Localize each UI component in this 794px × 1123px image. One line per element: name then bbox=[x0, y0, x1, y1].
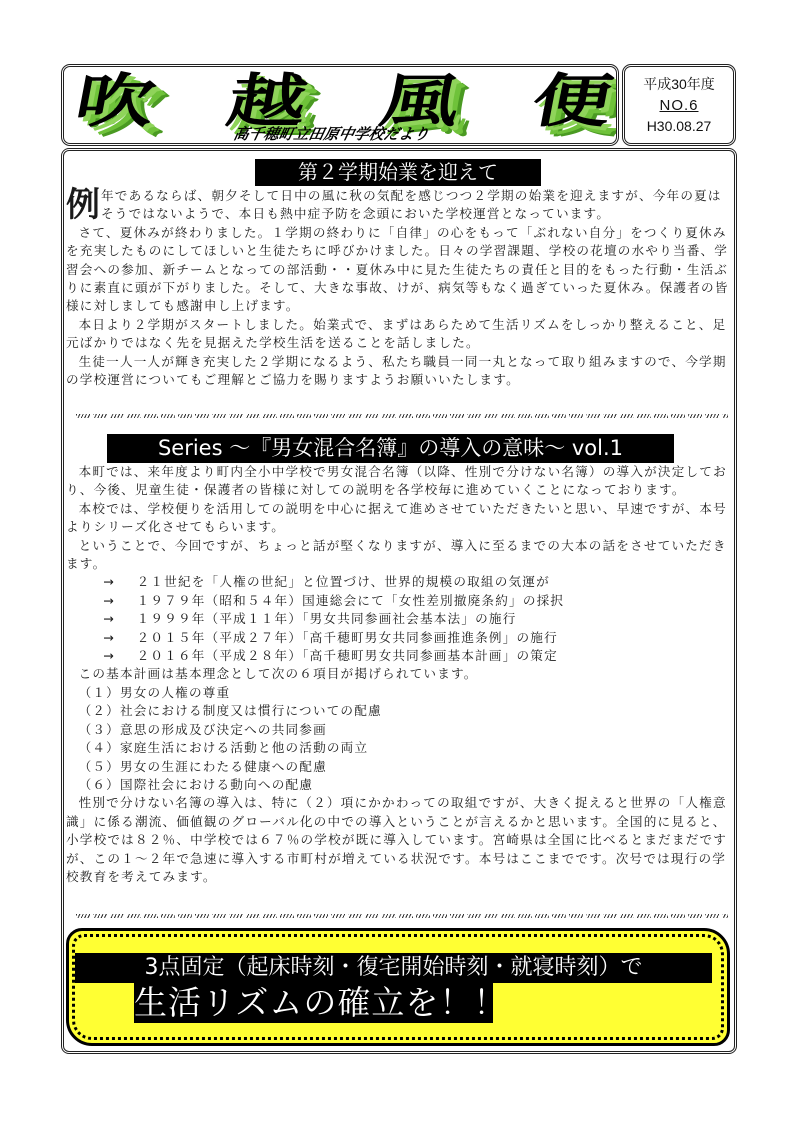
timeline-item: →２０１５年（平成２７年）「高千穂町男女共同参画推進条例」の施行 bbox=[66, 629, 734, 647]
title-char: 越 bbox=[201, 72, 331, 130]
banner-line2: 生活リズムの確立を！！ bbox=[134, 983, 493, 1023]
banner-line1: 3点固定（起床時刻・復宅開始時刻・就寝時刻）で bbox=[75, 953, 712, 983]
plan-intro: この基本計画は基本理念として次の６項目が掲げられています。 bbox=[66, 665, 734, 683]
dropcap: 例 bbox=[66, 187, 100, 223]
section1-heading: 第２学期始業を迎えて bbox=[255, 159, 541, 186]
paragraph-text: 年であるならば、朝夕そして日中の風に秋の気配を感じつつ２学期の始業を迎えますが、… bbox=[101, 188, 722, 221]
section1-paragraph: 生徒一人一人が輝き充実した２学期になるよう、私たち職員一同一丸となって取り組みま… bbox=[66, 353, 734, 390]
school-name-subtitle: 高千穂町立田原中学校だより bbox=[232, 123, 431, 144]
section2-paragraph: 本校では、学校便りを活用しての説明を中心に据えて進めさせていただきたいと思い、早… bbox=[66, 500, 734, 537]
masthead: 吹 越 風 便 高千穂町立田原中学校だより bbox=[61, 64, 619, 146]
section2-paragraph: 本町では、来年度より町内全小中学校で男女混合名簿（以降、性別で分けない名簿）の導… bbox=[66, 463, 734, 500]
principle-item: （６）国際社会における動向への配慮 bbox=[66, 776, 734, 794]
principle-item: （５）男女の生涯にわたる健康への配慮 bbox=[66, 758, 734, 776]
timeline-item: →１９９９年（平成１１年）「男女共同参画社会基本法」の施行 bbox=[66, 610, 734, 628]
principle-item: （４）家庭生活における活動と他の活動の両立 bbox=[66, 739, 734, 757]
section2-body: 本町では、来年度より町内全小中学校で男女混合名簿（以降、性別で分けない名簿）の導… bbox=[66, 463, 734, 886]
section-divider bbox=[76, 914, 728, 918]
principle-item: （２）社会における制度又は慣行についての配慮 bbox=[66, 702, 734, 720]
newsletter-title: 吹 越 風 便 bbox=[70, 71, 615, 131]
timeline-item: →２０１６年（平成２８年）「高千穂町男女共同参画基本計画」の策定 bbox=[66, 647, 734, 665]
section2-paragraph: ということで、今回ですが、ちょっと話が堅くなりますが、導入に至るまでの大本の話を… bbox=[66, 537, 734, 574]
section1-paragraph: 例年であるならば、朝夕そして日中の風に秋の気配を感じつつ２学期の始業を迎えますが… bbox=[66, 187, 734, 224]
principle-item: （３）意思の形成及び決定への共同参画 bbox=[66, 721, 734, 739]
principles-list: （１）男女の人権の尊重 （２）社会における制度又は慣行についての配慮 （３）意思… bbox=[66, 684, 734, 794]
section1-paragraph: 本日より２学期がスタートしました。始業式で、まずはあらためて生活リズムをしっかり… bbox=[66, 316, 734, 353]
arrow-right-icon: → bbox=[91, 610, 137, 628]
arrow-right-icon: → bbox=[91, 647, 137, 665]
issue-number: NO.6 bbox=[659, 95, 698, 116]
principle-item: （１）男女の人権の尊重 bbox=[66, 684, 734, 702]
section2-heading: Series ～『男女混合名簿』の導入の意味～ vol.1 bbox=[107, 434, 674, 463]
section1-body: 例年であるならば、朝夕そして日中の風に秋の気配を感じつつ２学期の始業を迎えますが… bbox=[66, 187, 734, 389]
fiscal-year: 平成30年度 bbox=[643, 74, 715, 95]
title-char: 便 bbox=[506, 72, 619, 130]
timeline-text: ２０１５年（平成２７年）「高千穂町男女共同参画推進条例」の施行 bbox=[137, 630, 558, 645]
arrow-right-icon: → bbox=[91, 629, 137, 647]
arrow-right-icon: → bbox=[91, 592, 137, 610]
section1-paragraph: さて、夏休みが終わりました。１学期の終わりに「自律」の心をもって「ぶれない自分」… bbox=[66, 224, 734, 316]
timeline-list: →２１世紀を「人権の世紀」と位置づけ、世界的規模の取組の気運が →１９７９年（昭… bbox=[66, 573, 734, 665]
timeline-text: ２１世紀を「人権の世紀」と位置づけ、世界的規模の取組の気運が bbox=[137, 574, 550, 589]
timeline-item: →２１世紀を「人権の世紀」と位置づけ、世界的規模の取組の気運が bbox=[66, 573, 734, 591]
issue-date: H30.08.27 bbox=[647, 116, 712, 137]
timeline-text: ２０１６年（平成２８年）「高千穂町男女共同参画基本計画」の策定 bbox=[137, 648, 558, 663]
title-char: 風 bbox=[354, 72, 484, 130]
timeline-text: １９９９年（平成１１年）「男女共同参画社会基本法」の施行 bbox=[137, 611, 517, 626]
arrow-right-icon: → bbox=[91, 573, 137, 591]
section-divider bbox=[76, 414, 728, 418]
timeline-item: →１９７９年（昭和５４年）国連総会にて「女性差別撤廃条約」の採択 bbox=[66, 592, 734, 610]
closing-paragraph: 性別で分けない名簿の導入は、特に（２）項にかかわっての取組ですが、大きく捉えると… bbox=[66, 794, 734, 886]
issue-info-box: 平成30年度 NO.6 H30.08.27 bbox=[622, 64, 736, 146]
timeline-text: １９７９年（昭和５４年）国連総会にて「女性差別撤廃条約」の採択 bbox=[137, 593, 565, 608]
title-char: 吹 bbox=[61, 72, 179, 130]
